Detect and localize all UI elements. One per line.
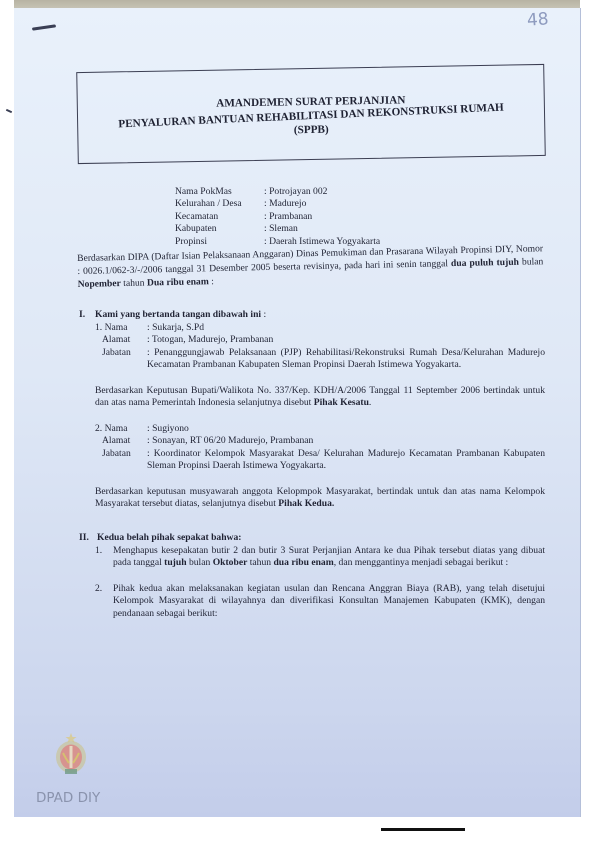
info-row: Kabupaten: Sleman [175, 223, 380, 235]
section-heading: Kami yang bertanda tangan dibawah ini [95, 309, 261, 320]
nama-value: : Sukarja, S.Pd [147, 322, 545, 335]
item-number: 1. [95, 545, 113, 570]
alamat-value: : Totogan, Madurejo, Prambanan [147, 334, 545, 347]
item-month: Oktober [213, 557, 248, 568]
info-label: Kecamatan [175, 211, 264, 223]
item-text: Menghapus kesepakatan butir 2 dan butir … [113, 545, 545, 570]
info-value: : Prambanan [264, 211, 312, 223]
nama-label: 2. Nama [95, 423, 147, 436]
intro-year: Dua ribu enam [147, 276, 209, 288]
handwritten-page-number: 48 [526, 9, 549, 30]
alamat-label: Alamat [95, 334, 147, 347]
info-label: Kabupaten [175, 223, 264, 235]
alamat-value: : Sonayan, RT 06/20 Madurejo, Prambanan [147, 435, 545, 448]
intro-month: Nopember [78, 278, 121, 290]
heading-colon: : [261, 309, 266, 320]
title-box: AMANDEMEN SURAT PERJANJIAN PENYALURAN BA… [76, 64, 546, 164]
diy-emblem-icon [52, 733, 90, 779]
jabatan-label: Jabatan [95, 347, 147, 372]
jabatan-value: : Penanggungjawab Pelaksanaan (PJP) Reha… [147, 347, 545, 372]
party-2: 2. Nama: Sugiyono Alamat: Sonayan, RT 06… [95, 423, 545, 511]
alamat-label: Alamat [95, 435, 147, 448]
party-2-basis: Berdasarkan keputusan musyawarah anggota… [95, 486, 545, 511]
party-1: 1. Nama: Sukarja, S.Pd Alamat: Totogan, … [95, 322, 545, 410]
section-number: I. [79, 309, 95, 322]
agreement-item-1: 1. Menghapus kesepakatan butir 2 dan but… [95, 545, 545, 570]
section-1-heading: I. Kami yang bertanda tangan dibawah ini… [79, 309, 545, 322]
section-number: II. [79, 532, 97, 545]
section-2: II. Kedua belah pihak sepakat bahwa: 1. … [79, 532, 545, 620]
item-text-part: tahun [247, 557, 273, 568]
item-year: dua ribu enam [273, 557, 333, 568]
party-1-basis: Berdasarkan Keputusan Bupati/Walikota No… [95, 385, 545, 410]
item-text: Pihak kedua akan melaksanakan kegiatan u… [113, 583, 545, 621]
info-row: Nama PokMas: Potrojayan 002 [175, 186, 380, 198]
intro-day: dua puluh tujuh [451, 257, 519, 269]
basis-end: . [369, 397, 371, 408]
item-number: 2. [95, 583, 113, 621]
pen-mark-small [6, 109, 12, 113]
section-2-heading: II. Kedua belah pihak sepakat bahwa: [79, 532, 545, 545]
pokmas-info: Nama PokMas: Potrojayan 002 Kelurahan / … [175, 186, 380, 248]
nama-label: 1. Nama [95, 322, 147, 335]
intro-text: tahun [121, 278, 147, 290]
info-value: : Potrojayan 002 [264, 186, 327, 198]
info-row: Kecamatan: Prambanan [175, 211, 380, 223]
section-heading: Kedua belah pihak sepakat bahwa: [97, 532, 241, 545]
pihak-kedua: Pihak Kedua. [278, 498, 334, 509]
info-value: : Sleman [264, 223, 298, 235]
info-row: Kelurahan / Desa: Madurejo [175, 198, 380, 210]
jabatan-value: : Koordinator Kelompok Masyarakat Desa/ … [147, 448, 545, 473]
agreement-item-2: 2. Pihak kedua akan melaksanakan kegiata… [95, 583, 545, 621]
info-label: Propinsi [175, 236, 264, 248]
info-value: : Madurejo [264, 198, 306, 210]
info-label: Nama PokMas [175, 186, 264, 198]
item-text-part: , dan menggantinya menjadi sebagai berik… [334, 557, 509, 568]
item-day: tujuh [164, 557, 186, 568]
watermark: DPAD DIY [36, 790, 100, 806]
pihak-kesatu: Pihak Kesatu [314, 397, 369, 408]
section-1: I. Kami yang bertanda tangan dibawah ini… [79, 309, 545, 511]
intro-text: bulan [519, 256, 544, 268]
redaction-bar [381, 828, 465, 831]
intro-text: : [209, 276, 214, 287]
info-label: Kelurahan / Desa [175, 198, 264, 210]
jabatan-label: Jabatan [95, 448, 147, 473]
nama-value: : Sugiyono [147, 423, 545, 436]
item-text-part: bulan [187, 557, 213, 568]
